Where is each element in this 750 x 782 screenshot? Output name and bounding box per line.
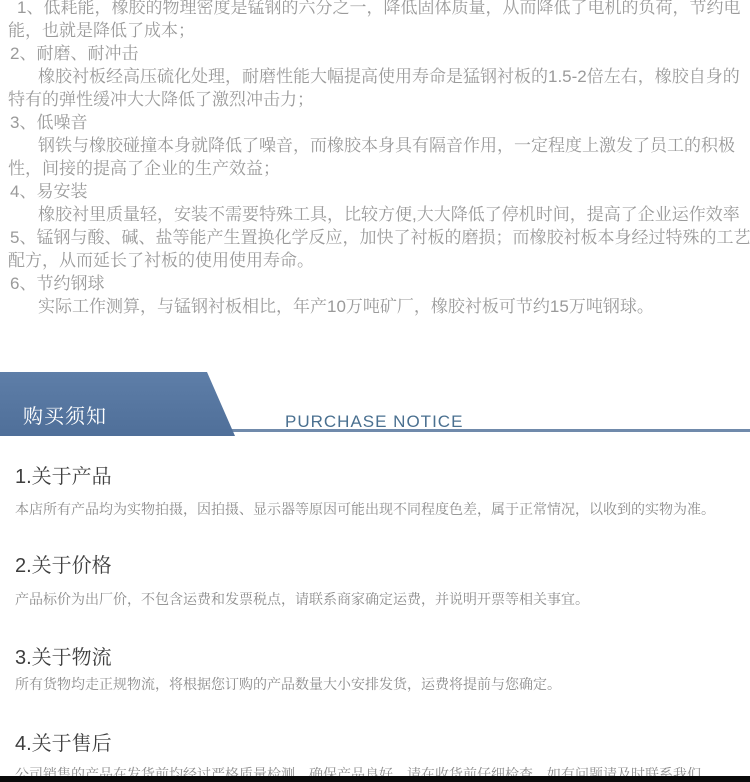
benefit-line: 6、节约钢球 xyxy=(0,272,750,295)
section-body-product: 本店所有产品均为实物拍摄，因拍摄、显示器等原因可能出现不同程度色差，属于正常情况… xyxy=(15,502,715,517)
benefit-line: 能，也就是降低了成本； xyxy=(0,19,750,42)
section-body-price: 产品标价为出厂价，不包含运费和发票税点，请联系商家确定运费，并说明开票等相关事宜… xyxy=(15,592,589,607)
benefit-line: 性，间接的提高了企业的生产效益； xyxy=(0,157,750,180)
benefit-line: 2、耐磨、耐冲击 xyxy=(0,42,750,65)
benefit-line: 4、易安装 xyxy=(0,180,750,203)
section-heading-logistics: 3.关于物流 xyxy=(15,648,112,668)
benefit-line: 5、锰钢与酸、碱、盐等能产生置换化学反应，加快了衬板的磨损；而橡胶衬板本身经过特… xyxy=(0,226,750,249)
section-heading-price: 2.关于价格 xyxy=(15,556,112,576)
benefit-line: 橡胶衬里质量轻，安装不需要特殊工具，比较方便,大大降低了停机时间，提高了企业运作… xyxy=(0,203,750,226)
benefit-line: 实际工作测算，与锰钢衬板相比，年产10万吨矿厂，橡胶衬板可节约15万吨钢球。 xyxy=(0,295,750,318)
banner-title-en: PURCHASE NOTICE xyxy=(285,412,463,432)
benefit-line: 橡胶衬板经高压硫化处理，耐磨性能大幅提高使用寿命是猛钢衬板的1.5-2倍左右，橡… xyxy=(0,65,750,88)
purchase-notice-banner: 购买须知 PURCHASE NOTICE xyxy=(0,372,750,436)
benefit-line: 1、低耗能，橡胶的物理密度是锰钢的六分之一，降低固体质量，从而降低了电机的负荷，… xyxy=(0,0,750,19)
benefit-line: 3、低噪音 xyxy=(0,111,750,134)
banner-title-cn: 购买须知 xyxy=(23,400,107,429)
section-heading-product: 1.关于产品 xyxy=(15,467,112,487)
section-body-logistics: 所有货物均走正规物流，将根据您订购的产品数量大小安排发货，运费将提前与您确定。 xyxy=(15,677,561,692)
benefit-line: 特有的弹性缓冲大大降低了激烈冲击力； xyxy=(0,88,750,111)
benefit-line: 配方，从而延长了衬板的使用使用寿命。 xyxy=(0,249,750,272)
section-heading-aftersale: 4.关于售后 xyxy=(15,734,112,754)
bottom-cutoff-bar xyxy=(0,776,750,782)
benefit-list: 1、低耗能，橡胶的物理密度是锰钢的六分之一，降低固体质量，从而降低了电机的负荷，… xyxy=(0,0,750,318)
benefit-line: 钢铁与橡胶碰撞本身就降低了噪音，而橡胶本身具有隔音作用，一定程度上激发了员工的积… xyxy=(0,134,750,157)
